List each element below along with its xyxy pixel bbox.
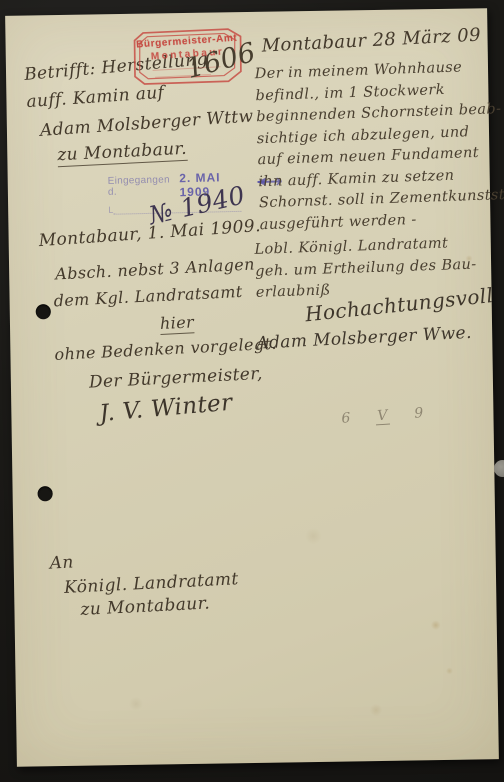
- letter-page: Betrifft: Herstellung auff. Kamin auf Ad…: [5, 8, 499, 766]
- note-line: Absch. nebst 3 Anlagen: [55, 254, 256, 283]
- address-line: An: [49, 552, 74, 573]
- address-line: Königl. Landratamt: [64, 569, 239, 598]
- received-label: Eingegangen d.: [108, 174, 171, 197]
- letter-body: Der in meinem Wohnhause befindl., im 1 S…: [254, 55, 504, 236]
- pencil-day: 6: [341, 410, 351, 428]
- address-line: zu Montabaur.: [80, 593, 211, 620]
- pencil-month: V: [375, 407, 390, 425]
- sender-signature: Adam Molsberger Wwe.: [256, 323, 472, 354]
- mayor-signature: J. V. Winter: [98, 390, 233, 427]
- signoff-mayor: Der Bürgermeister,: [88, 364, 263, 393]
- punch-hole: [38, 486, 53, 501]
- scanner-fiducial-marker: [494, 460, 504, 477]
- note-line: dem Kgl. Landratsamt: [53, 282, 243, 311]
- note-line: hier: [159, 312, 194, 335]
- pencil-year: 9: [414, 405, 424, 423]
- pencil-date-note: 6 V 9: [341, 405, 424, 428]
- subject-line: Adam Molsberger Wttw: [39, 106, 254, 140]
- note-line: ohne Bedenken vorgelegt.: [54, 334, 277, 364]
- punch-hole: [36, 304, 51, 319]
- right-dateline: Montabaur 28 März 09: [261, 25, 481, 57]
- subject-line: zu Montabaur.: [57, 139, 188, 168]
